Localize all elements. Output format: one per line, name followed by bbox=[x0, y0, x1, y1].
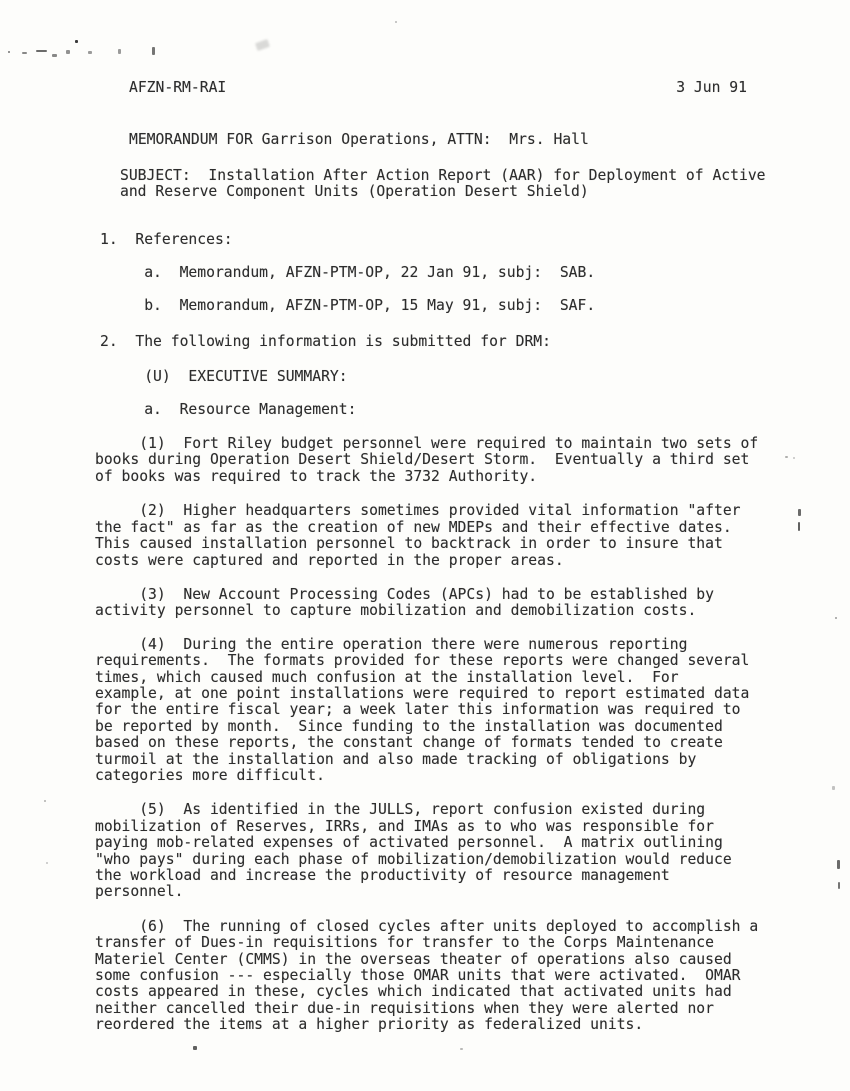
scan-speck bbox=[793, 457, 795, 459]
scan-speck bbox=[22, 52, 27, 54]
scan-speck bbox=[835, 617, 837, 619]
scan-speck bbox=[8, 51, 10, 53]
scan-speck bbox=[88, 51, 92, 54]
scan-speck bbox=[460, 1048, 463, 1050]
subparagraph-2: (2) Higher headquarters sometimes provid… bbox=[95, 503, 850, 569]
reference-b: b. Memorandum, AFZN-PTM-OP, 15 May 91, s… bbox=[100, 298, 850, 314]
subparagraph-3: (3) New Account Processing Codes (APCs) … bbox=[95, 587, 850, 620]
subparagraph-1: (1) Fort Riley budget personnel were req… bbox=[95, 436, 850, 485]
scan-speck bbox=[832, 786, 835, 790]
memo-date: 3 Jun 91 bbox=[676, 80, 747, 96]
scan-speck bbox=[193, 1046, 197, 1050]
scan-speck bbox=[46, 862, 48, 864]
subject-block: SUBJECT: Installation After Action Repor… bbox=[120, 168, 850, 201]
scan-speck bbox=[838, 882, 840, 889]
memorandum-for-line: MEMORANDUM FOR Garrison Operations, ATTN… bbox=[129, 132, 850, 148]
resource-management-heading: a. Resource Management: bbox=[100, 402, 850, 418]
scan-speck bbox=[395, 21, 397, 23]
reference-a: a. Memorandum, AFZN-PTM-OP, 22 Jan 91, s… bbox=[100, 265, 850, 281]
scan-speck bbox=[44, 800, 46, 802]
memo-page: AFZN-RM-RAI 3 Jun 91 MEMORANDUM FOR Garr… bbox=[0, 0, 850, 1091]
scan-speck bbox=[75, 40, 78, 43]
scan-speck bbox=[52, 54, 57, 57]
scan-speck bbox=[785, 456, 788, 458]
scan-speck bbox=[66, 50, 70, 54]
scan-speck bbox=[837, 860, 840, 869]
scan-speck bbox=[152, 47, 155, 55]
memo-header: AFZN-RM-RAI 3 Jun 91 bbox=[129, 80, 747, 96]
scan-speck bbox=[798, 522, 800, 531]
office-symbol: AFZN-RM-RAI bbox=[129, 80, 226, 96]
executive-summary-heading: (U) EXECUTIVE SUMMARY: bbox=[100, 369, 850, 385]
subparagraph-4: (4) During the entire operation there we… bbox=[95, 637, 850, 785]
scan-speck bbox=[36, 50, 47, 52]
subparagraph-5: (5) As identified in the JULLS, report c… bbox=[95, 802, 850, 900]
paragraph-2-heading: 2. The following information is submitte… bbox=[100, 334, 850, 350]
subparagraph-6: (6) The running of closed cycles after u… bbox=[95, 919, 850, 1034]
scan-speck bbox=[798, 509, 801, 516]
scan-speck bbox=[118, 49, 121, 54]
scan-smudge bbox=[255, 39, 270, 51]
references-heading: 1. References: bbox=[100, 232, 850, 248]
